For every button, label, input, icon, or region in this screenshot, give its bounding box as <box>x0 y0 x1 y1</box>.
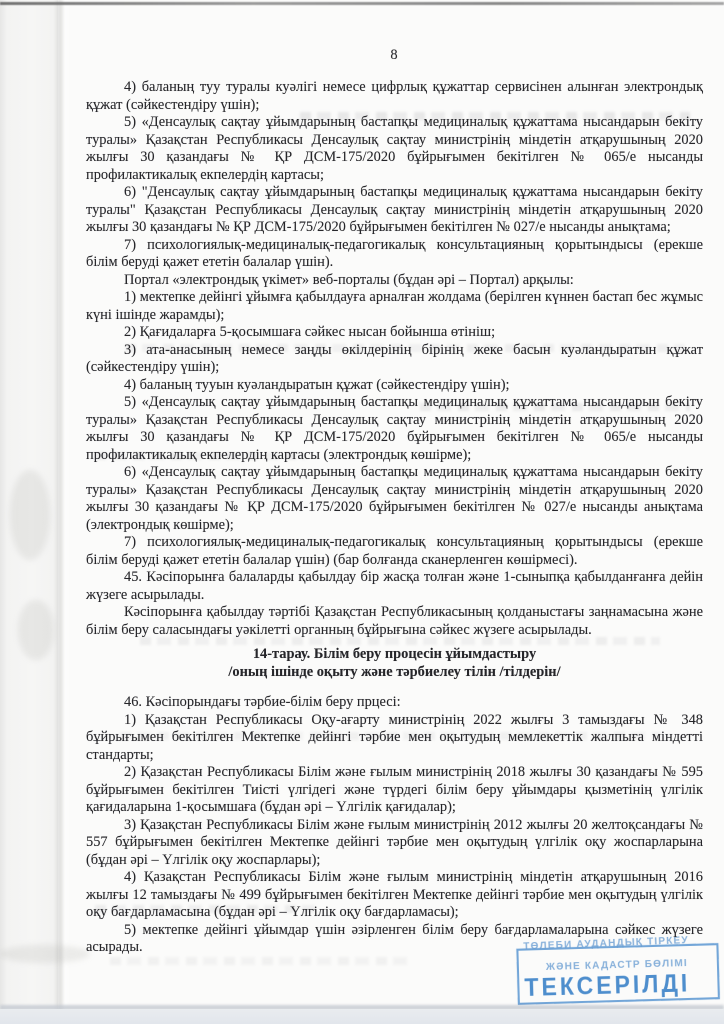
paragraph: 2) Қазақстан Республикасы Білім және ғыл… <box>86 764 703 817</box>
page-number: 8 <box>86 47 702 64</box>
paragraph: 45. Кәсіпорынға балаларды қабылдау бір ж… <box>86 569 703 604</box>
scan-top-edge-line <box>0 2 724 5</box>
paragraph: 4) Қазақстан Республикасы Білім және ғыл… <box>86 869 703 922</box>
paragraph: 6) «Денсаулық сақтау ұйымдарының бастапқ… <box>86 464 703 534</box>
scanned-document-page: { "document": { "page_number": "8", "par… <box>0 0 724 1024</box>
scan-smudge <box>10 470 50 560</box>
paragraph: 5) «Денсаулық сақтау ұйымдарының бастапқ… <box>86 394 703 464</box>
paragraph: 1) Қазақстан Республикасы Оқу-ағарту мин… <box>86 712 703 765</box>
paragraph: 4) баланың тууын куәландыратын құжат (сә… <box>86 377 703 395</box>
stamp-checked-text: ТЕКСЕРІЛДІ <box>524 969 690 1003</box>
section-heading: /оның ішінде оқыту және тәрбиелеу тілін … <box>86 664 703 682</box>
section-heading: 14-тарау. Білім беру процесін ұйымдастыр… <box>86 646 703 664</box>
verification-stamp: ТӨЛЕБИ АУДАНДЫҚ ТІРКЕУ ЖӘНЕ КАДАСТР БӨЛІ… <box>511 931 721 1007</box>
paragraph: 46. Кәсіпорындағы тәрбие-білім беру прце… <box>86 694 703 712</box>
paragraph: 1) мектепке дейінгі ұйымға қабылдауға ар… <box>86 289 703 324</box>
paragraph: Портал «электрондық үкімет» веб-порталы … <box>86 272 703 290</box>
scan-fold-crease <box>54 0 70 1024</box>
paragraph: 4) баланың туу туралы куәлігі немесе циф… <box>86 79 703 114</box>
paragraph: 7) психологиялық-медициналық-педагогикал… <box>86 534 703 569</box>
paragraph: 7) психологиялық-медициналық-педагогикал… <box>86 237 703 272</box>
scan-smudge <box>18 600 54 660</box>
document-body: 4) баланың туу туралы куәлігі немесе циф… <box>86 79 703 957</box>
paragraph: 5) «Денсаулық сақтау ұйымдарының бастапқ… <box>86 114 703 184</box>
paragraph: 6) "Денсаулық сақтау ұйымдарының бастапқ… <box>86 184 703 237</box>
paragraph: 3) Қазақстан Республикасы Білім және ғыл… <box>86 817 703 870</box>
bleedthrough-artifact <box>110 957 410 965</box>
scan-bottom-band <box>0 1009 724 1024</box>
scan-smudge <box>0 945 90 963</box>
paragraph: 2) Қағидаларға 5-қосымшаға сәйкес нысан … <box>86 324 703 342</box>
paragraph: Кәсіпорынға қабылдау тәртібі Қазақстан Р… <box>86 604 703 639</box>
paragraph: 3) ата-анасының немесе заңды өкілдерінің… <box>86 342 703 377</box>
